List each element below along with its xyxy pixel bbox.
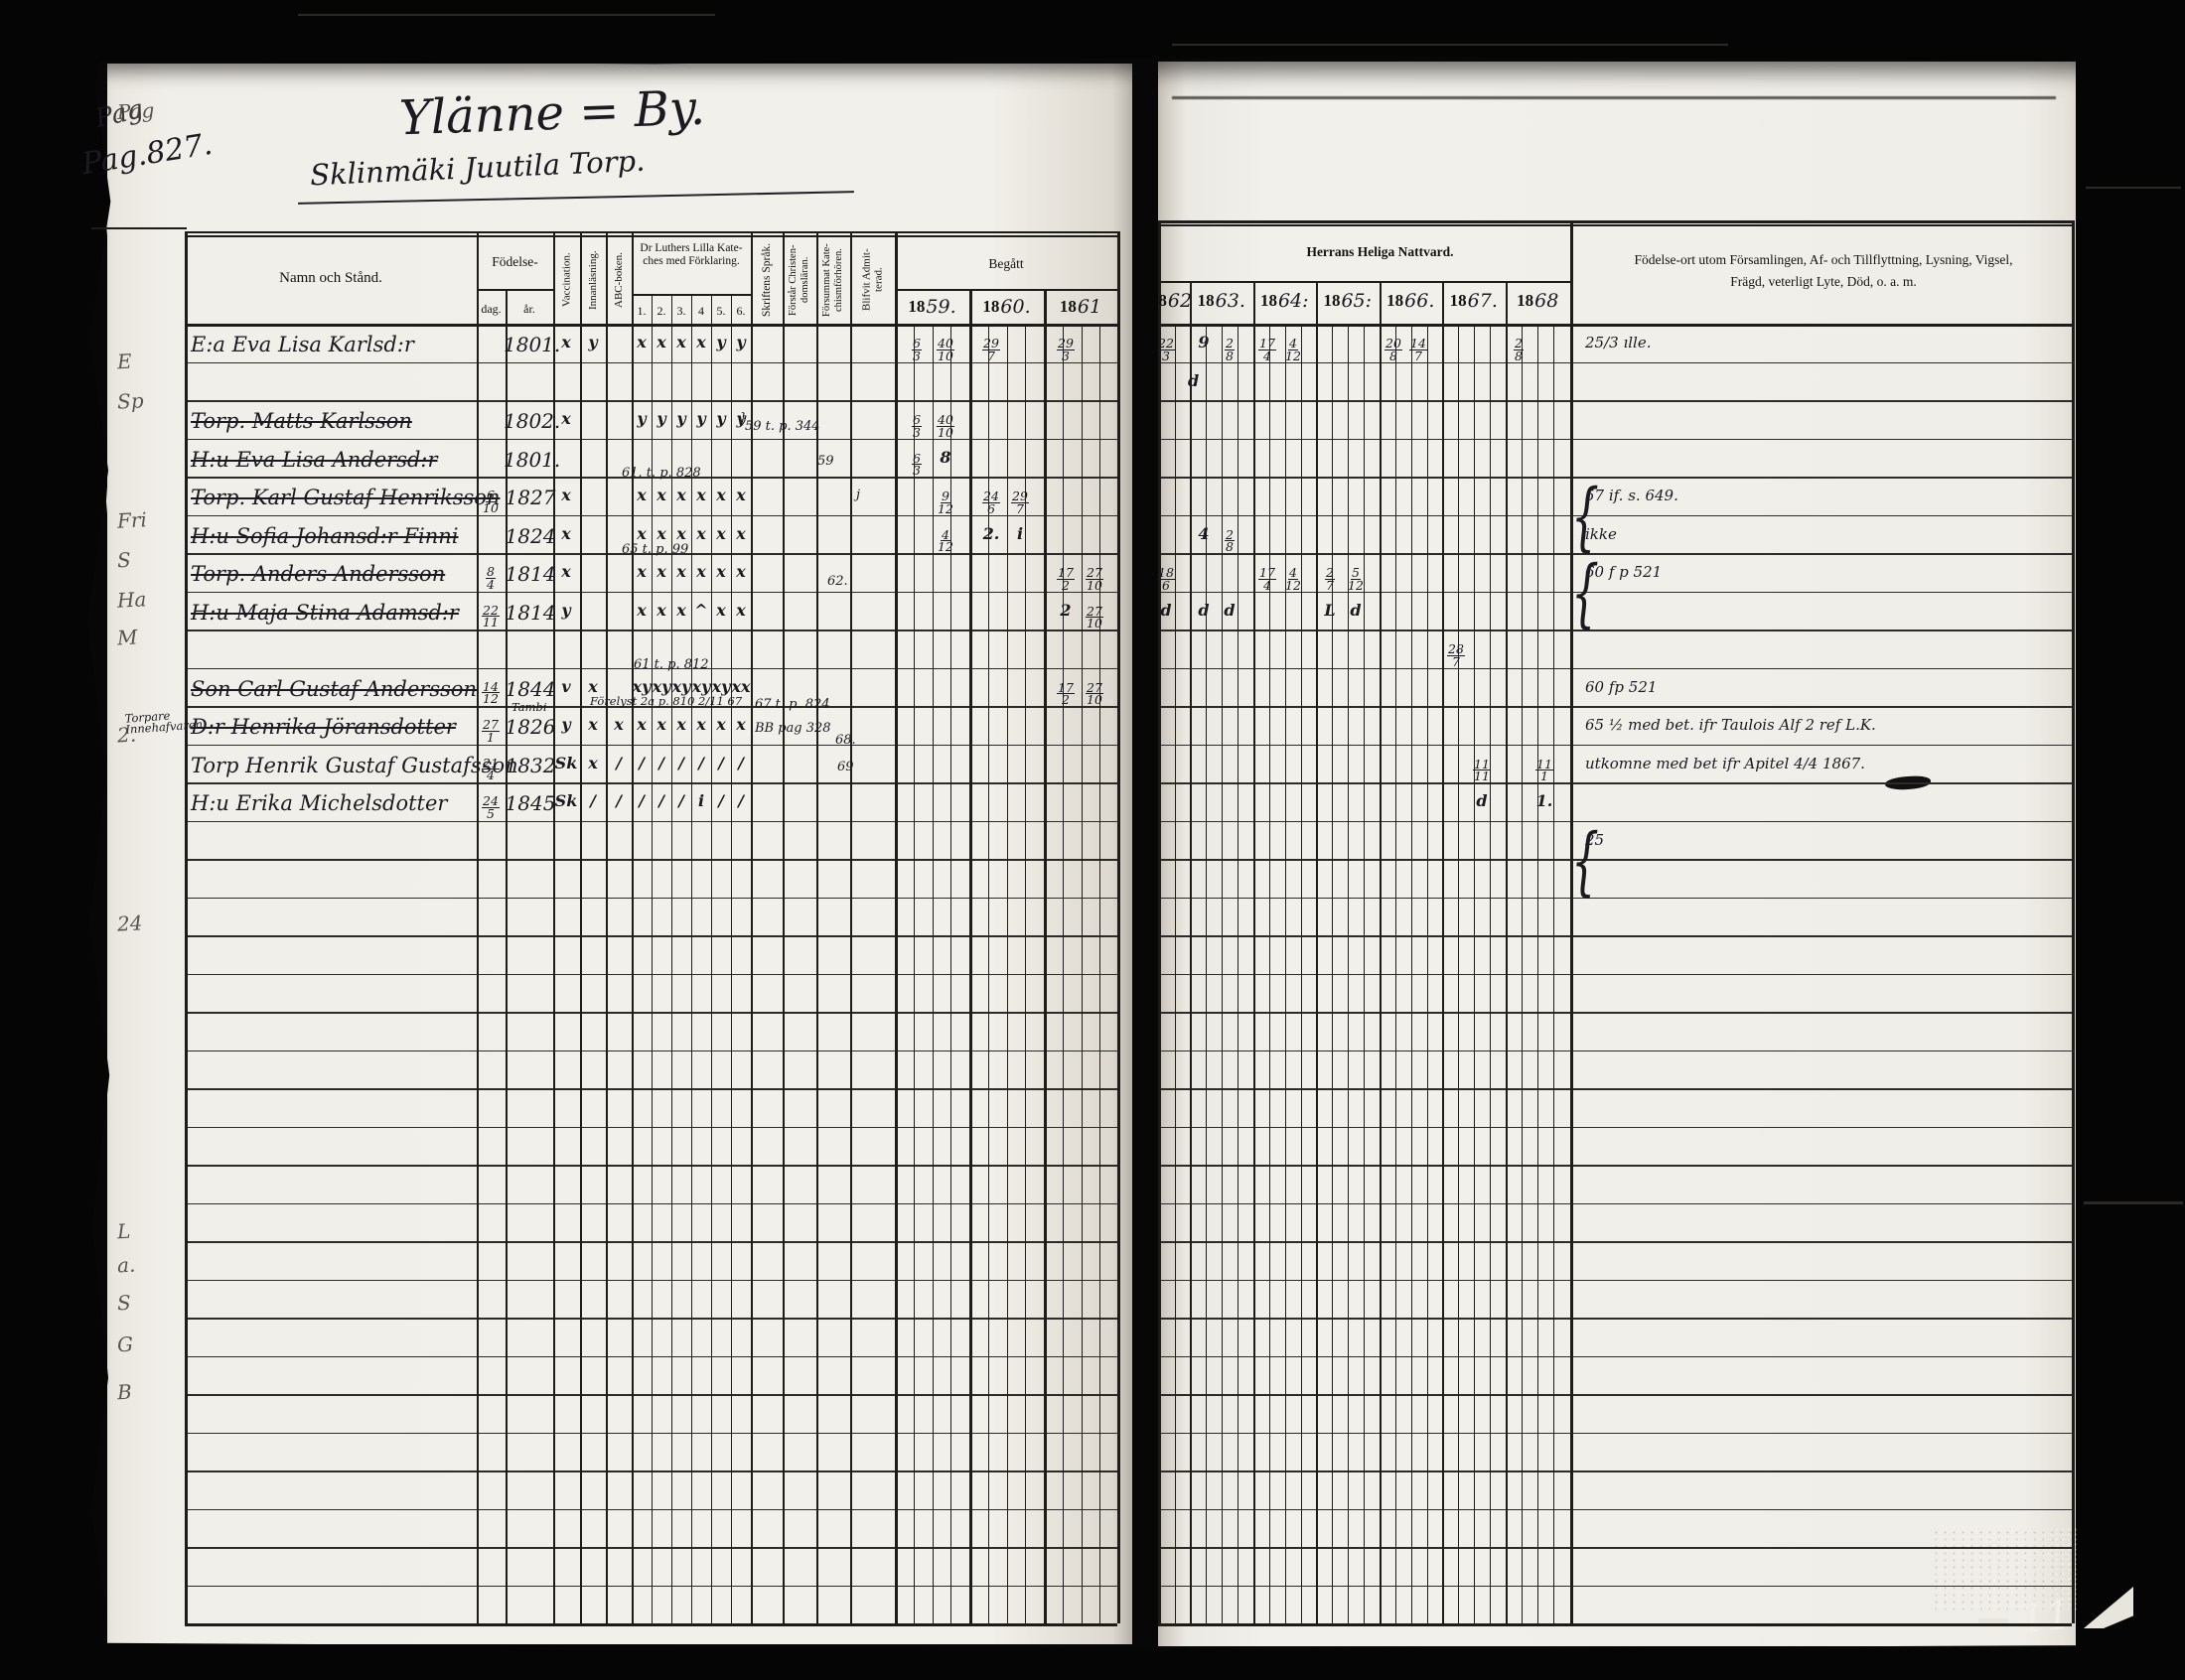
grid-vline [1522,324,1523,1623]
mark-glyph: 293 [1057,338,1075,361]
row-mark: 1. [1530,791,1558,810]
row-birth-year: 1827 [504,486,557,509]
row-birth-year: 1814 [504,562,557,586]
row-birth-year: 1801. [504,333,557,356]
row-mark: 287 [1442,638,1470,667]
row-mark: 28 [1216,524,1243,553]
mark-glyph: 172 [1057,682,1075,706]
fraction-denominator: 12 [938,541,953,553]
grid-hline [1158,1318,2072,1320]
fraction-denominator: 8 [1515,350,1523,362]
year-script: 60. [1000,296,1030,318]
row-note: 65 ½ med bet. ifr Taulois Alf 2 ref L.K. [1585,716,1876,734]
grid-hline [1158,477,2072,479]
row-mark: 2710 [1081,601,1108,630]
row-birth-day: 214 [477,753,505,781]
annotation: 61 t. p. 812 [634,657,709,672]
row-mark: 246 [977,486,1005,514]
mark-glyph: i [1006,524,1034,543]
fraction-denominator: 10 [1087,580,1102,592]
year-printed: 18 [1450,291,1467,311]
grid-vline [816,231,818,1623]
grid-hline [1158,553,2072,555]
year-script: 62. [1168,290,1190,312]
mark-glyph: x [552,333,580,351]
fraction-denominator: 8 [1226,350,1234,362]
mark-glyph: 412 [1285,567,1301,591]
row-mark: d [1468,791,1496,810]
mark-glyph: 4010 [937,414,954,438]
mark-glyph: xx [727,677,755,696]
grid-vline [1082,324,1083,1623]
row-birth-year: 1802. [504,409,557,433]
underlay-fragment: B [116,1380,132,1405]
year-printed: 18 [1386,291,1403,311]
grid-hline [1158,668,2072,670]
row-birth-year: 1826 [504,715,557,739]
grid-vline [1411,324,1412,1623]
row-mark: x [579,715,607,734]
row-mark: 174 [1253,333,1281,361]
row-mark: i [1006,524,1034,543]
grid-vline [580,231,582,1623]
row-mark: 174 [1253,562,1281,591]
col-header-notes-line2: Frägd, veterligt Lyte, Död, o. a. m. [1585,274,2062,290]
grid-vline [1474,324,1475,1623]
row-mark: 412 [1279,562,1307,591]
fraction-denominator: 7 [987,350,995,362]
note-brace: { [1571,819,1599,906]
col-header-communion-left: Begått [895,256,1117,272]
col-header-missed-exams: Försummat Kate-chismförhören. [816,238,850,322]
mark-glyph: x [552,562,580,581]
grid-vline [933,324,934,1623]
year-printed: 18 [982,297,999,317]
film-border-right [2076,0,2185,1680]
mark-glyph: 2710 [1086,567,1103,591]
mark-glyph: 27 [1325,567,1335,591]
row-mark: x [552,562,580,581]
fraction-denominator: 8 [1226,541,1234,553]
mark-glyph: x [727,486,755,504]
row-birth-day: 245 [477,790,505,819]
birth-day-fraction: 271 [482,719,500,743]
row-birth-year: 1845 [504,791,557,815]
row-birth-year: 1824 [504,524,557,548]
catechism-subcol-label: 2. [652,304,671,319]
row-name: Son Carl Gustaf Andersson [191,677,477,701]
col-header-admitted: Blifvit Admit-terad. [850,238,895,322]
grid-vline [1380,281,1382,1623]
grid-hline [1158,974,2072,976]
mark-glyph: 28 [1225,529,1235,553]
row-mark: y [552,715,580,734]
row-name: Torp. Karl Gustaf Henriksson [191,486,500,509]
row-mark: xx [727,677,755,696]
row-birth-year: 1832 [504,754,557,777]
grid-vline [1316,281,1318,1623]
row-mark: 63 [903,448,931,477]
mark-glyph: 297 [1011,490,1029,514]
fraction-denominator: 3 [913,427,921,439]
grid-vline [1395,324,1396,1623]
grid-hline [1158,1088,2072,1090]
mark-glyph: 28 [1514,338,1524,361]
row-name: D:r Henrika Jöransdotter [191,715,456,739]
row-name: H:u Erika Michelsdotter [191,791,447,815]
grid-vline [950,324,951,1623]
year-script: 59. [926,296,955,318]
row-note: 57 if. s. 649. [1585,487,1678,504]
fraction-denominator: 5 [487,808,495,820]
grid-vline [1269,324,1270,1623]
grid-vline [751,231,753,1623]
year-script: 66. [1404,290,1434,312]
row-mark: x [552,486,580,504]
village-title: Ylänne = By. [398,80,706,147]
grid-vline [1099,324,1100,1623]
fraction-denominator: 7 [1326,580,1334,592]
mark-glyph: 172 [1057,567,1075,591]
grid-vline [632,231,634,1623]
annotation: 59 t. p. 344 [745,419,820,434]
note-brace: { [1571,475,1599,561]
grid-hline [1158,1470,2072,1472]
note-brace: { [1571,551,1599,637]
pag-underline [91,227,187,229]
mark-glyph: 63 [912,338,922,361]
mark-glyph: 4010 [937,338,954,361]
fraction-denominator: 3 [913,350,921,362]
mark-glyph: 28 [1225,338,1235,361]
grid-vline [1364,324,1365,1623]
mark-glyph: 512 [1348,567,1364,591]
row-mark: 4010 [932,333,959,361]
row-mark: 63 [903,333,931,361]
row-mark: 186 [1152,562,1180,591]
year-printed: 18 [908,297,925,317]
annotation: 67 t. p. 824 [755,697,830,712]
grid-hline [1158,1050,2072,1052]
catechism-subcol-label: 6. [731,304,751,319]
row-mark: x [727,486,755,504]
year-header-cell: 1862. [1158,284,1190,318]
mark-glyph: y [579,333,607,351]
film-scratch [298,14,715,16]
row-mark: 412 [1279,333,1307,361]
underlay-fragment: L [116,1219,131,1244]
annotation: 69 [837,760,854,774]
row-birth-day: 84 [477,561,505,590]
mark-glyph: x [727,601,755,620]
fraction-denominator: 10 [938,350,953,362]
fraction-denominator: 2 [1062,580,1070,592]
year-printed: 18 [1323,291,1340,311]
row-birth-day: 2211 [477,600,505,629]
grid-vline [553,231,555,1623]
fraction-denominator: 3 [1162,350,1170,362]
row-mark: 412 [932,524,959,553]
grid-vline [783,231,785,1623]
birth-day-fraction: 84 [486,566,496,590]
row-mark: x [727,601,755,620]
row-birth-day: 271 [477,714,505,743]
grid-hline [1158,706,2072,708]
grid-vline [1253,281,1255,1623]
grid-vline [1332,324,1333,1623]
row-name: Torp. Matts Karlsson [191,409,412,433]
col-header-birth: Födelse- [477,254,553,270]
mark-glyph: 147 [1409,338,1427,361]
grid-hline [1158,439,2072,441]
underlay-fragment: M [116,625,138,649]
grid-vline [1506,281,1508,1623]
grid-vline [1570,220,1573,1623]
row-mark: 2710 [1081,562,1108,591]
fraction-denominator: 3 [1062,350,1070,362]
fraction-denominator: 1 [487,732,495,744]
row-mark: 27 [1316,562,1344,591]
birth-day-fraction: 214 [482,758,500,781]
mark-glyph: / [727,791,755,810]
col-header-script: Skriftens Språk. [751,238,783,322]
row-mark: d [1216,601,1243,620]
year-printed: 18 [1260,291,1277,311]
mark-glyph: 2 [1052,601,1080,620]
frame-number: 11 [2018,1592,2073,1642]
fraction-denominator: 6 [1162,580,1170,592]
col-header-communion-right: Herrans Heliga Nattvard. [1190,244,1570,260]
underlay-fragment: G [116,1332,133,1357]
mark-glyph: 9 [1190,333,1218,351]
col-header-birth-year: år. [506,302,553,317]
annotation: 68. [835,733,856,748]
grid-hline [1158,400,2072,402]
grid-hline [1158,324,2072,327]
grid-vline [1190,281,1192,1623]
col-header-name: Namn och Stånd. [185,270,477,287]
fraction-denominator: 10 [483,502,499,514]
mark-glyph: x [727,715,755,734]
grid-hline [1158,630,2072,631]
row-mark: 172 [1052,677,1080,706]
row-name: Torp Henrik Gustaf Gustafsson [191,754,518,777]
row-mark: Sk [552,791,580,810]
col-header-birth-day: dag. [477,302,506,317]
grid-hline [1158,1623,2072,1626]
grid-vline [1025,324,1026,1623]
fraction-denominator: 12 [1348,580,1364,592]
mark-glyph: x [552,486,580,504]
mark-glyph: 4 [1190,524,1218,543]
row-mark: x [727,562,755,581]
grid-vline [185,231,188,1623]
grid-vline [2072,220,2075,1623]
film-border-top [0,0,2185,70]
year-header-cell: 1863. [1190,284,1253,318]
row-mark: 297 [977,333,1005,361]
mark-glyph: 186 [1157,567,1175,591]
underlay-fragment: 2. [116,723,136,748]
year-script: 63. [1216,290,1245,312]
grid-vline [895,231,898,1623]
right-page-edge-shadow [1172,96,2056,99]
grid-vline [1222,324,1223,1623]
grid-vline [969,289,972,1623]
mark-glyph: x [552,524,580,543]
grid-vline [477,231,479,1623]
mark-glyph: d [1342,601,1370,620]
grid-vline [1553,324,1554,1623]
row-name: E:a Eva Lisa Karlsd:r [191,333,414,356]
col-header-notes-line1: Födelse-ort utom Församlingen, Af- och T… [1585,252,2062,268]
fraction-denominator: 3 [913,465,921,477]
row-mark: 2. [977,524,1005,543]
row-mark: d [1152,601,1180,620]
grid-hline [1158,1547,2072,1549]
mark-glyph: 174 [1258,567,1276,591]
mark-glyph: 2710 [1086,682,1103,706]
fraction-denominator: 8 [1389,350,1397,362]
row-year-note: Tambi [511,700,547,714]
grid-hline [1158,859,2072,861]
fraction-denominator: 11 [483,617,499,629]
grid-hline [1158,1165,2072,1167]
col-header-abc-book: ABC-boken. [606,238,632,322]
col-header-catechism: Dr Luthers Lilla Kate-ches med Förklarin… [634,242,749,268]
mark-glyph: y [552,715,580,734]
grid-vline [1206,324,1207,1623]
year-header-cell: 1864: [1253,284,1317,318]
mark-glyph: 1111 [1473,759,1491,782]
row-name: H:u Maja Stina Adamsd:r [191,601,459,625]
grid-vline [1442,281,1444,1623]
col-header-vaccination: Vaccination. [553,238,580,322]
grid-vline [914,324,915,1623]
row-mark: 28 [1505,333,1532,361]
mark-glyph: d [1216,601,1243,620]
year-printed: 18 [1517,291,1533,311]
row-mark: d [1342,601,1370,620]
row-mark: x [579,677,607,696]
grid-hline [1158,1127,2072,1129]
grid-hline [1158,821,2072,823]
grid-vline [1238,324,1238,1623]
register-scan: 11 Ylänne = By. Sklinmäki Juutila Torp. … [0,0,2185,1680]
grid-hline [1158,1586,2072,1588]
grid-hline [1158,1509,2072,1511]
row-birth-year: 1801. [504,448,557,472]
row-birth-day: 610 [477,485,505,513]
row-mark: 63 [903,409,931,438]
grid-hline [1158,1356,2072,1358]
fraction-denominator: 7 [1016,503,1024,515]
grid-hline [1158,898,2072,900]
grid-vline [1175,324,1176,1623]
fraction-denominator: 4 [1263,350,1271,362]
grid-hline [1158,281,1570,283]
mark-glyph: Sk [552,754,580,772]
birth-day-fraction: 245 [482,795,500,819]
row-mark: Sk [552,754,580,772]
grid-hline [1158,224,2072,226]
row-mark: 9 [1190,333,1218,351]
fraction-denominator: 11 [1474,770,1490,782]
underlay-fragment: Pag [116,98,155,124]
film-scratch [2084,1201,2183,1204]
row-mark: 28 [1216,333,1243,361]
annotation-glyph: d [1188,371,1199,390]
film-border-left [0,0,115,1680]
fraction-denominator: 12 [483,693,499,705]
grid-vline [1117,231,1120,1623]
catechism-subcol-label: 1. [632,304,652,319]
catechism-subcol-label: 3. [671,304,691,319]
grid-vline [1537,324,1538,1623]
row-mark: y [727,333,755,351]
mark-glyph: 1. [1530,791,1558,810]
mark-glyph: 63 [912,414,922,438]
row-mark: / [727,791,755,810]
grid-vline [988,324,989,1623]
mark-glyph: 223 [1157,338,1175,361]
year-script: 65: [1341,290,1372,312]
year-header-cell: 1861 [1044,290,1117,324]
grid-hline [1158,1394,2072,1396]
year-printed: 18 [1060,297,1077,317]
grid-hline [1158,745,2072,747]
row-mark: x [579,754,607,772]
catechism-subcol-label: 4 [691,304,711,319]
row-mark: 297 [1006,486,1034,514]
year-header-cell: 1860. [969,290,1044,324]
underlay-fragment: S [116,1291,131,1316]
row-mark: / [727,754,755,772]
mark-glyph: x [579,754,607,772]
underlay-fragment: E [116,350,132,374]
mark-glyph: 2. [977,524,1005,543]
grid-hline [1158,220,2072,223]
fraction-denominator: 2 [1062,694,1070,706]
fraction-denominator: 7 [1414,350,1422,362]
mark-glyph: 412 [1285,338,1301,361]
row-mark: 8 [932,448,959,467]
annotation: Förelyst 2a p. 810 2/11 67 [590,694,742,708]
mark-glyph: 246 [982,490,1000,514]
mark-glyph: 8 [932,448,959,467]
row-mark: x [552,524,580,543]
year-script: 61 [1078,296,1101,318]
row-mark: y [579,333,607,351]
row-mark: 223 [1152,333,1180,361]
grid-hline [1158,1241,2072,1243]
grid-vline [1044,289,1047,1623]
row-mark: d [1190,601,1218,620]
grid-vline [850,231,852,1623]
row-mark: x [727,715,755,734]
row-mark: / [579,791,607,810]
row-mark: 293 [1052,333,1080,361]
row-mark: 4 [1190,524,1218,543]
row-mark: 512 [1342,562,1370,591]
col-header-reading: Innanläsning. [580,238,606,322]
year-printed: 18 [1198,291,1215,311]
row-note: 60 fp 521 [1585,678,1657,696]
row-mark: x [552,409,580,428]
fraction-denominator: 7 [1452,656,1460,668]
birth-day-fraction: 610 [483,490,499,513]
annotation: 61. t. p. 828 [622,466,701,481]
